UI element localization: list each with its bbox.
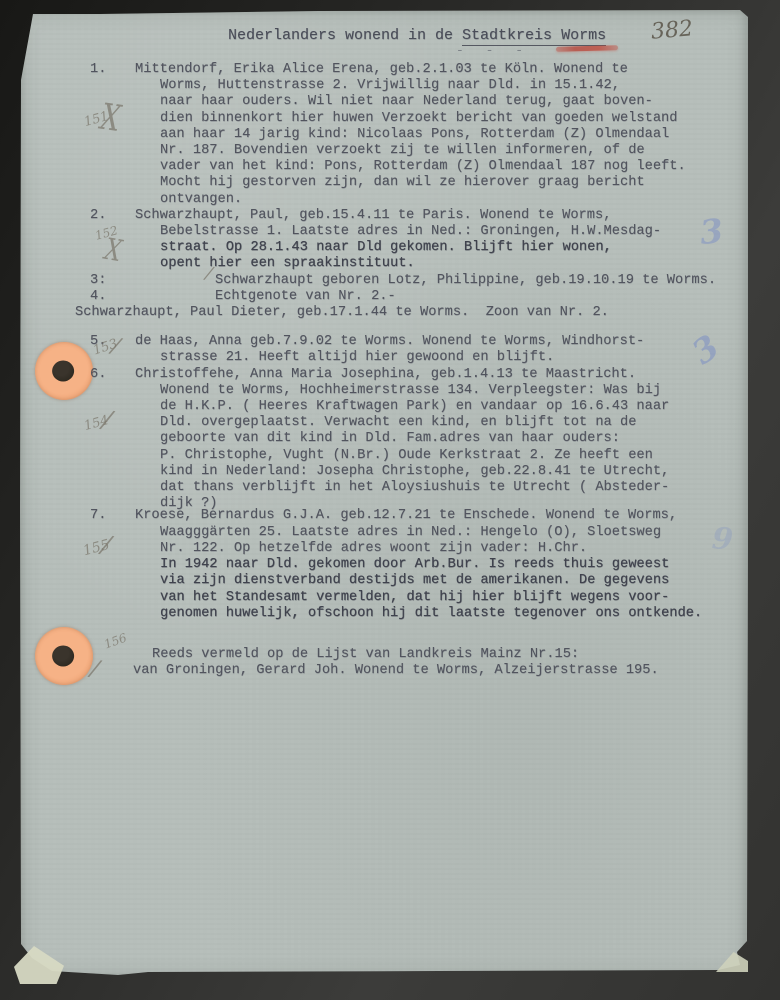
- typewritten-line: Nr. 187. Bovendien verzoekt zij te wille…: [75, 143, 745, 159]
- list-entry: 7.Kroese, Bernardus G.J.A. geb.12.7.21 t…: [75, 508, 745, 621]
- list-entry: 2.Schwarzhaupt, Paul, geb.15.4.11 te Par…: [75, 208, 745, 273]
- punch-hole-icon: [52, 361, 74, 382]
- typewritten-line: van het Standesamt vermelden, dat hij hi…: [75, 590, 745, 606]
- typewritten-line: Nr. 122. Op hetzelfde adres woont zijn v…: [75, 541, 745, 557]
- typewritten-line: Worms, Huttenstrasse 2. Vrijwillig naar …: [75, 78, 745, 94]
- typewritten-line: Echtgenote van Nr. 2.-: [75, 289, 745, 305]
- typewritten-line: via zijn dienstverband destijds met de a…: [75, 573, 745, 589]
- typewritten-line: Schwarzhaupt, Paul Dieter, geb.17.1.44 t…: [75, 305, 745, 321]
- typewritten-line: geboorte van dit kind in Dld. Fam.adres …: [75, 431, 745, 447]
- typewritten-line: Wonend te Worms, Hochheimerstrasse 134. …: [75, 383, 745, 399]
- typewritten-line: straat. Op 28.1.43 naar Dld gekomen. Bli…: [75, 240, 745, 256]
- typewritten-line: Mocht hij gestorven zijn, dan wil ze hie…: [75, 175, 745, 191]
- entry-number: 7.: [90, 508, 106, 524]
- entry-number: 2.: [90, 208, 106, 224]
- typewritten-line: Mittendorf, Erika Alice Erena, geb.2.1.0…: [75, 62, 745, 78]
- footer-note: Reeds vermeld op de Lijst van Landkreis …: [75, 647, 745, 679]
- page-title-prefix: Nederlanders wonend in de: [228, 27, 462, 44]
- typewritten-line: Bebelstrasse 1. Laatste adres in Ned.: G…: [75, 224, 745, 240]
- typewritten-line: Schwarzhaupt geboren Lotz, Philippine, g…: [75, 273, 745, 289]
- typewritten-line: opent hier een spraakinstituut.: [75, 256, 745, 272]
- list-entry: 1.Mittendorf, Erika Alice Erena, geb.2.1…: [75, 62, 745, 208]
- typewritten-line: vader van het kind: Pons, Rotterdam (Z) …: [75, 159, 745, 175]
- scanned-document-page: Nederlanders wonend in de Stadtkreis Wor…: [0, 0, 780, 1000]
- document-body: 1.Mittendorf, Erika Alice Erena, geb.2.1…: [75, 62, 745, 679]
- typewritten-line: Waagggärten 25. Laatste adres in Ned.: H…: [75, 525, 745, 541]
- typewritten-line: P. Christophe, Vught (N.Br.) Oude Kerkst…: [75, 448, 745, 464]
- list-entry: 3:Schwarzhaupt geboren Lotz, Philippine,…: [75, 273, 745, 289]
- typewritten-line: dat thans verblijft in het Aloysiushuis …: [75, 480, 745, 496]
- typewritten-line: aan haar 14 jarig kind: Nicolaas Pons, R…: [75, 127, 745, 143]
- typewritten-line: Schwarzhaupt, Paul, geb.15.4.11 te Paris…: [75, 208, 745, 224]
- typewritten-line: ontvangen.: [75, 192, 745, 208]
- entry-number: 1.: [90, 62, 106, 78]
- typewritten-line: de Haas, Anna geb.7.9.02 te Worms. Wonen…: [75, 334, 745, 350]
- typewritten-line: genomen huwelijk, ofschoon hij dit laats…: [75, 606, 745, 622]
- typewritten-line: strasse 21. Heeft altijd hier gewoond en…: [75, 350, 745, 366]
- typewritten-line: dien binnenkort hier huwen Verzoekt beri…: [75, 111, 745, 127]
- typewritten-line: Christoffehe, Anna Maria Josephina, geb.…: [75, 367, 745, 383]
- entry-number: 4.: [90, 289, 106, 305]
- typewritten-line: naar haar ouders. Wil niet naar Nederlan…: [75, 94, 745, 110]
- entry-number: 6.: [90, 367, 106, 383]
- typewritten-line: Dld. overgeplaatst. Verwacht een kind, e…: [75, 415, 745, 431]
- typewritten-line: van Groningen, Gerard Joh. Wonend te Wor…: [75, 663, 745, 679]
- list-entry: 6.Christoffehe, Anna Maria Josephina, ge…: [75, 367, 745, 513]
- punch-hole-icon: [52, 646, 74, 667]
- entry-number: 5.: [90, 334, 106, 350]
- entry-number: 3:: [90, 273, 106, 289]
- typewritten-line: kind in Nederland: Josepha Christophe, g…: [75, 464, 745, 480]
- list-entry: 5.de Haas, Anna geb.7.9.02 te Worms. Won…: [75, 334, 745, 366]
- typewritten-line: de H.K.P. ( Heeres Kraftwagen Park) en v…: [75, 399, 745, 415]
- list-entry: 4.Echtgenote van Nr. 2.-Schwarzhaupt, Pa…: [75, 289, 745, 321]
- typewritten-line: Kroese, Bernardus G.J.A. geb.12.7.21 te …: [75, 508, 745, 524]
- typewritten-line: In 1942 naar Dld. gekomen door Arb.Bur. …: [75, 557, 745, 573]
- typewritten-line: Reeds vermeld op de Lijst van Landkreis …: [75, 647, 745, 663]
- page-title: Nederlanders wonend in de Stadtkreis Wor…: [228, 27, 606, 44]
- title-separator-dashes: - - -: [456, 43, 530, 58]
